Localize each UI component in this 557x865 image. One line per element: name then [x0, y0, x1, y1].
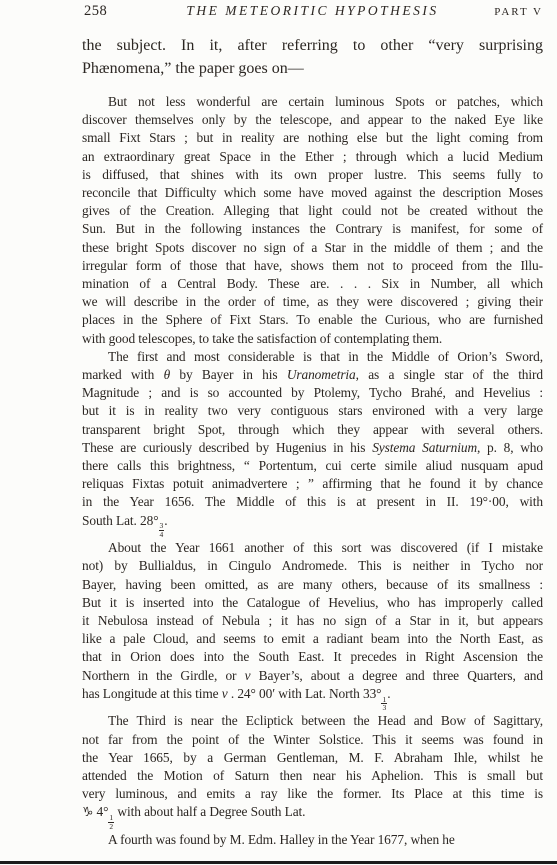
text-line: The first and most considerable is that … [82, 348, 543, 366]
intro-paragraph: the subject. In it, after referring to o… [82, 34, 543, 80]
text-line: The Third is near the Ecliptick between … [82, 712, 543, 730]
text-line: these bright Spots discover no sign of a… [82, 239, 543, 257]
text-line: places in the Sphere of Fixt Stars. To e… [82, 311, 543, 329]
running-title: THE METEORITIC HYPOTHESIS [186, 3, 438, 19]
capricorn-symbol: ♑ [82, 805, 93, 820]
text-line: marked with θ by Bayer in his Uranometri… [82, 366, 543, 384]
text-block: 258 THE METEORITIC HYPOTHESIS PART V the… [82, 0, 543, 849]
text-line: has Longitude at this time ν . 24° 00′ w… [82, 685, 543, 713]
quote-paragraph: The first and most considerable is that … [82, 348, 543, 539]
text-line: Magnitude ; and is so accounted by Ptole… [82, 384, 543, 402]
text-line: South Lat. 28°34. [82, 512, 543, 540]
text-line: irregular form of those that have, shows… [82, 257, 543, 275]
text-line: mination of a Central Body. These are. .… [82, 275, 543, 293]
part-label: PART V [494, 6, 543, 18]
text-line: gives of the Creation. Alleging that lig… [82, 202, 543, 220]
page-number: 258 [84, 3, 107, 20]
text-line: reconcile that Difficulty which some hav… [82, 184, 543, 202]
text-line: Sun. But in the following instances the … [82, 220, 543, 238]
text-line: These are curiously described by Hugeniu… [82, 439, 543, 457]
text-line: the subject. In it, after referring to o… [82, 34, 543, 57]
text-line: not far from the point of the Winter Sol… [82, 731, 543, 749]
text-line: very luminous, and emits a ray like the … [82, 785, 543, 803]
text-line: not) by Bullialdus, in Cingulo Andromede… [82, 557, 543, 575]
text-line: But it is inserted into the Catalogue of… [82, 594, 543, 612]
text-line: but it is in reality two very contiguous… [82, 402, 543, 420]
text-line: discover themselves only by the telescop… [82, 111, 543, 129]
text-line: transparent bright Spot, through which t… [82, 421, 543, 439]
text-line: like a pale Cloud, and seems to emit a r… [82, 630, 543, 648]
text-line: an extraordinary great Space in the Ethe… [82, 148, 543, 166]
text-line: is diffused, that shines with its own pr… [82, 166, 543, 184]
text-line: But not less wonderful are certain lumin… [82, 93, 543, 111]
text-line: reliquas Fixtas potuit animadvertere ; ”… [82, 475, 543, 493]
text-line: small Fixt Stars ; but in reality are no… [82, 129, 543, 147]
quote-paragraph: But not less wonderful are certain lumin… [82, 93, 543, 348]
text-line: in the Year 1656. The Middle of this is … [82, 493, 543, 511]
quote-paragraph: About the Year 1661 another of this sort… [82, 539, 543, 712]
text-line: with good telescopes, to take the satisf… [82, 330, 543, 348]
text-line: there calls this brightness, “ Portentum… [82, 457, 543, 475]
quoted-extract: But not less wonderful are certain lumin… [82, 93, 543, 849]
text-line: we will describe in the order of time, a… [82, 293, 543, 311]
quote-paragraph: The Third is near the Ecliptick between … [82, 712, 543, 831]
text-line: the Year 1665, by a German Gentleman, M.… [82, 749, 543, 767]
text-line: Northern in the Girdle, or ν Bayer’s, ab… [82, 667, 543, 685]
quote-paragraph: A fourth was found by M. Edm. Halley in … [82, 831, 543, 849]
page-header: 258 THE METEORITIC HYPOTHESIS PART V [82, 3, 543, 21]
text-line: ♑ 4°12 with about half a Degree South La… [82, 803, 543, 831]
text-line: attended the Motion of Saturn then near … [82, 767, 543, 785]
text-line: Phænomena,” the paper goes on— [82, 57, 543, 80]
page-bottom-scan-edge [0, 861, 557, 864]
text-line: About the Year 1661 another of this sort… [82, 539, 543, 557]
book-page: 258 THE METEORITIC HYPOTHESIS PART V the… [0, 0, 557, 865]
text-line: A fourth was found by M. Edm. Halley in … [82, 831, 543, 849]
text-line: Bayer, having been omitted, as are many … [82, 576, 543, 594]
text-line: it Nebulosa instead of Nebula ; it has n… [82, 612, 543, 630]
text-line: that in Orion does into the South East. … [82, 648, 543, 666]
